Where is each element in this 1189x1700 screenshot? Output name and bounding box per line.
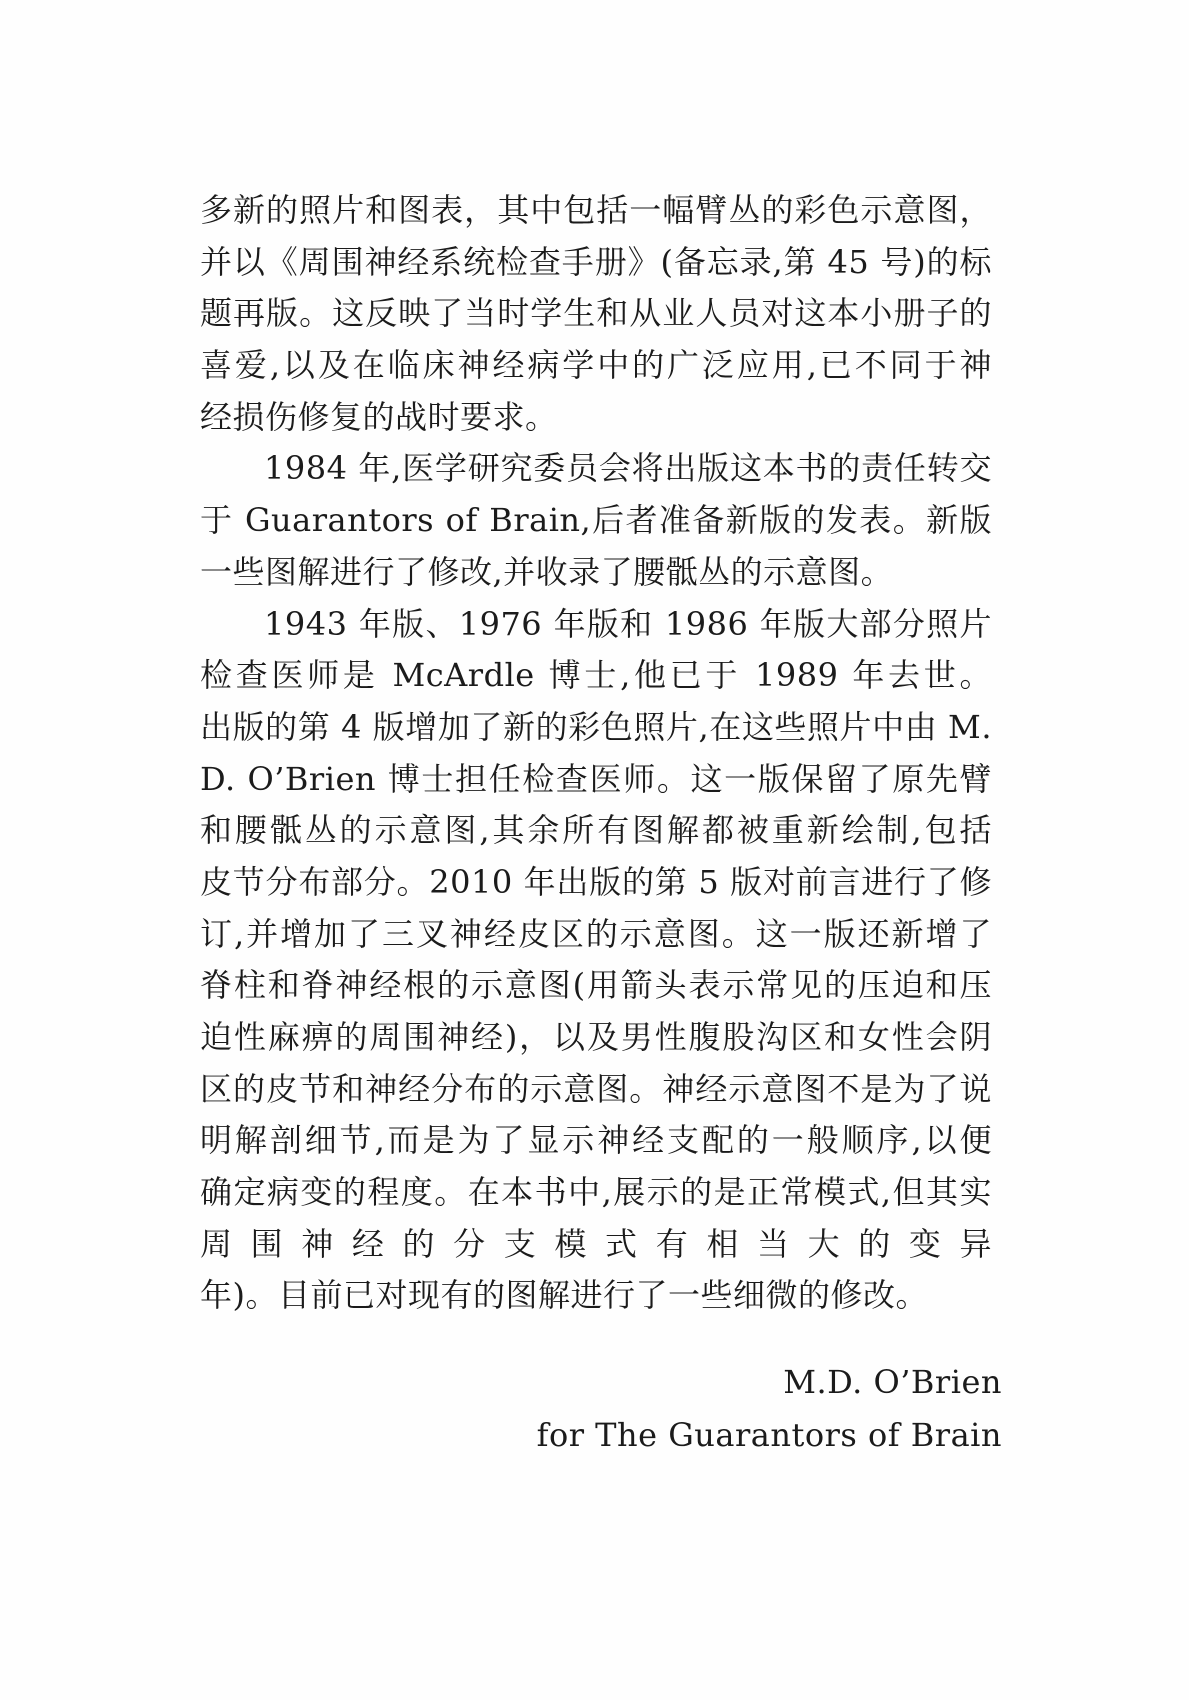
text-line: 于 Guarantors of Brain,后者准备新版的发表。新版中对 <box>200 495 992 547</box>
signature-name: M.D. O’Brien <box>200 1356 1002 1409</box>
text-line: 出版的第 4 版增加了新的彩色照片,在这些照片中由 M. <box>200 702 992 754</box>
text-line: 皮节分布部分。2010 年出版的第 5 版对前言进行了修 <box>200 857 992 909</box>
text-line: 周围神经的分支模式有相当大的变异(Sunderland,1978 <box>200 1219 992 1271</box>
text-line: 检查医师是 McArdle 博士,他已于 1989 年去世。2000 年 <box>200 650 992 702</box>
text-line: 多新的照片和图表，其中包括一幅臂丛的彩色示意图， <box>200 185 992 237</box>
text-line: 订,并增加了三叉神经皮区的示意图。这一版还新增了 <box>200 909 992 961</box>
text-line: D. O’Brien 博士担任检查医师。这一版保留了原先臂丛 <box>200 754 992 806</box>
text-line: 区的皮节和神经分布的示意图。神经示意图不是为了说 <box>200 1064 992 1116</box>
text-line: 1943 年版、1976 年版和 1986 年版大部分照片中的 <box>200 599 992 651</box>
text-line: 迫性麻痹的周围神经)，以及男性腹股沟区和女性会阴 <box>200 1012 992 1064</box>
text-line: 年)。目前已对现有的图解进行了一些细微的修改。 <box>200 1270 992 1322</box>
signature-affiliation: for The Guarantors of Brain <box>200 1409 1002 1462</box>
text-line: 1984 年,医学研究委员会将出版这本书的责任转交 <box>200 443 992 495</box>
text-line: 脊柱和脊神经根的示意图(用箭头表示常见的压迫和压 <box>200 960 992 1012</box>
book-page: 多新的照片和图表，其中包括一幅臂丛的彩色示意图， 并以《周围神经系统检查手册》(… <box>0 0 1189 1700</box>
body-text: 多新的照片和图表，其中包括一幅臂丛的彩色示意图， 并以《周围神经系统检查手册》(… <box>200 185 992 1322</box>
text-line: 喜爱,以及在临床神经病学中的广泛应用,已不同于神 <box>200 340 992 392</box>
text-line: 并以《周围神经系统检查手册》(备忘录,第 45 号)的标 <box>200 237 992 289</box>
text-line: 确定病变的程度。在本书中,展示的是正常模式,但其实 <box>200 1167 992 1219</box>
text-line: 一些图解进行了修改,并收录了腰骶丛的示意图。 <box>200 547 992 599</box>
text-line: 经损伤修复的战时要求。 <box>200 392 992 444</box>
signature-block: M.D. O’Brien for The Guarantors of Brain <box>200 1356 1002 1462</box>
text-line: 明解剖细节,而是为了显示神经支配的一般顺序,以便 <box>200 1115 992 1167</box>
text-line: 和腰骶丛的示意图,其余所有图解都被重新绘制,包括 <box>200 805 992 857</box>
text-line: 题再版。这反映了当时学生和从业人员对这本小册子的 <box>200 288 992 340</box>
